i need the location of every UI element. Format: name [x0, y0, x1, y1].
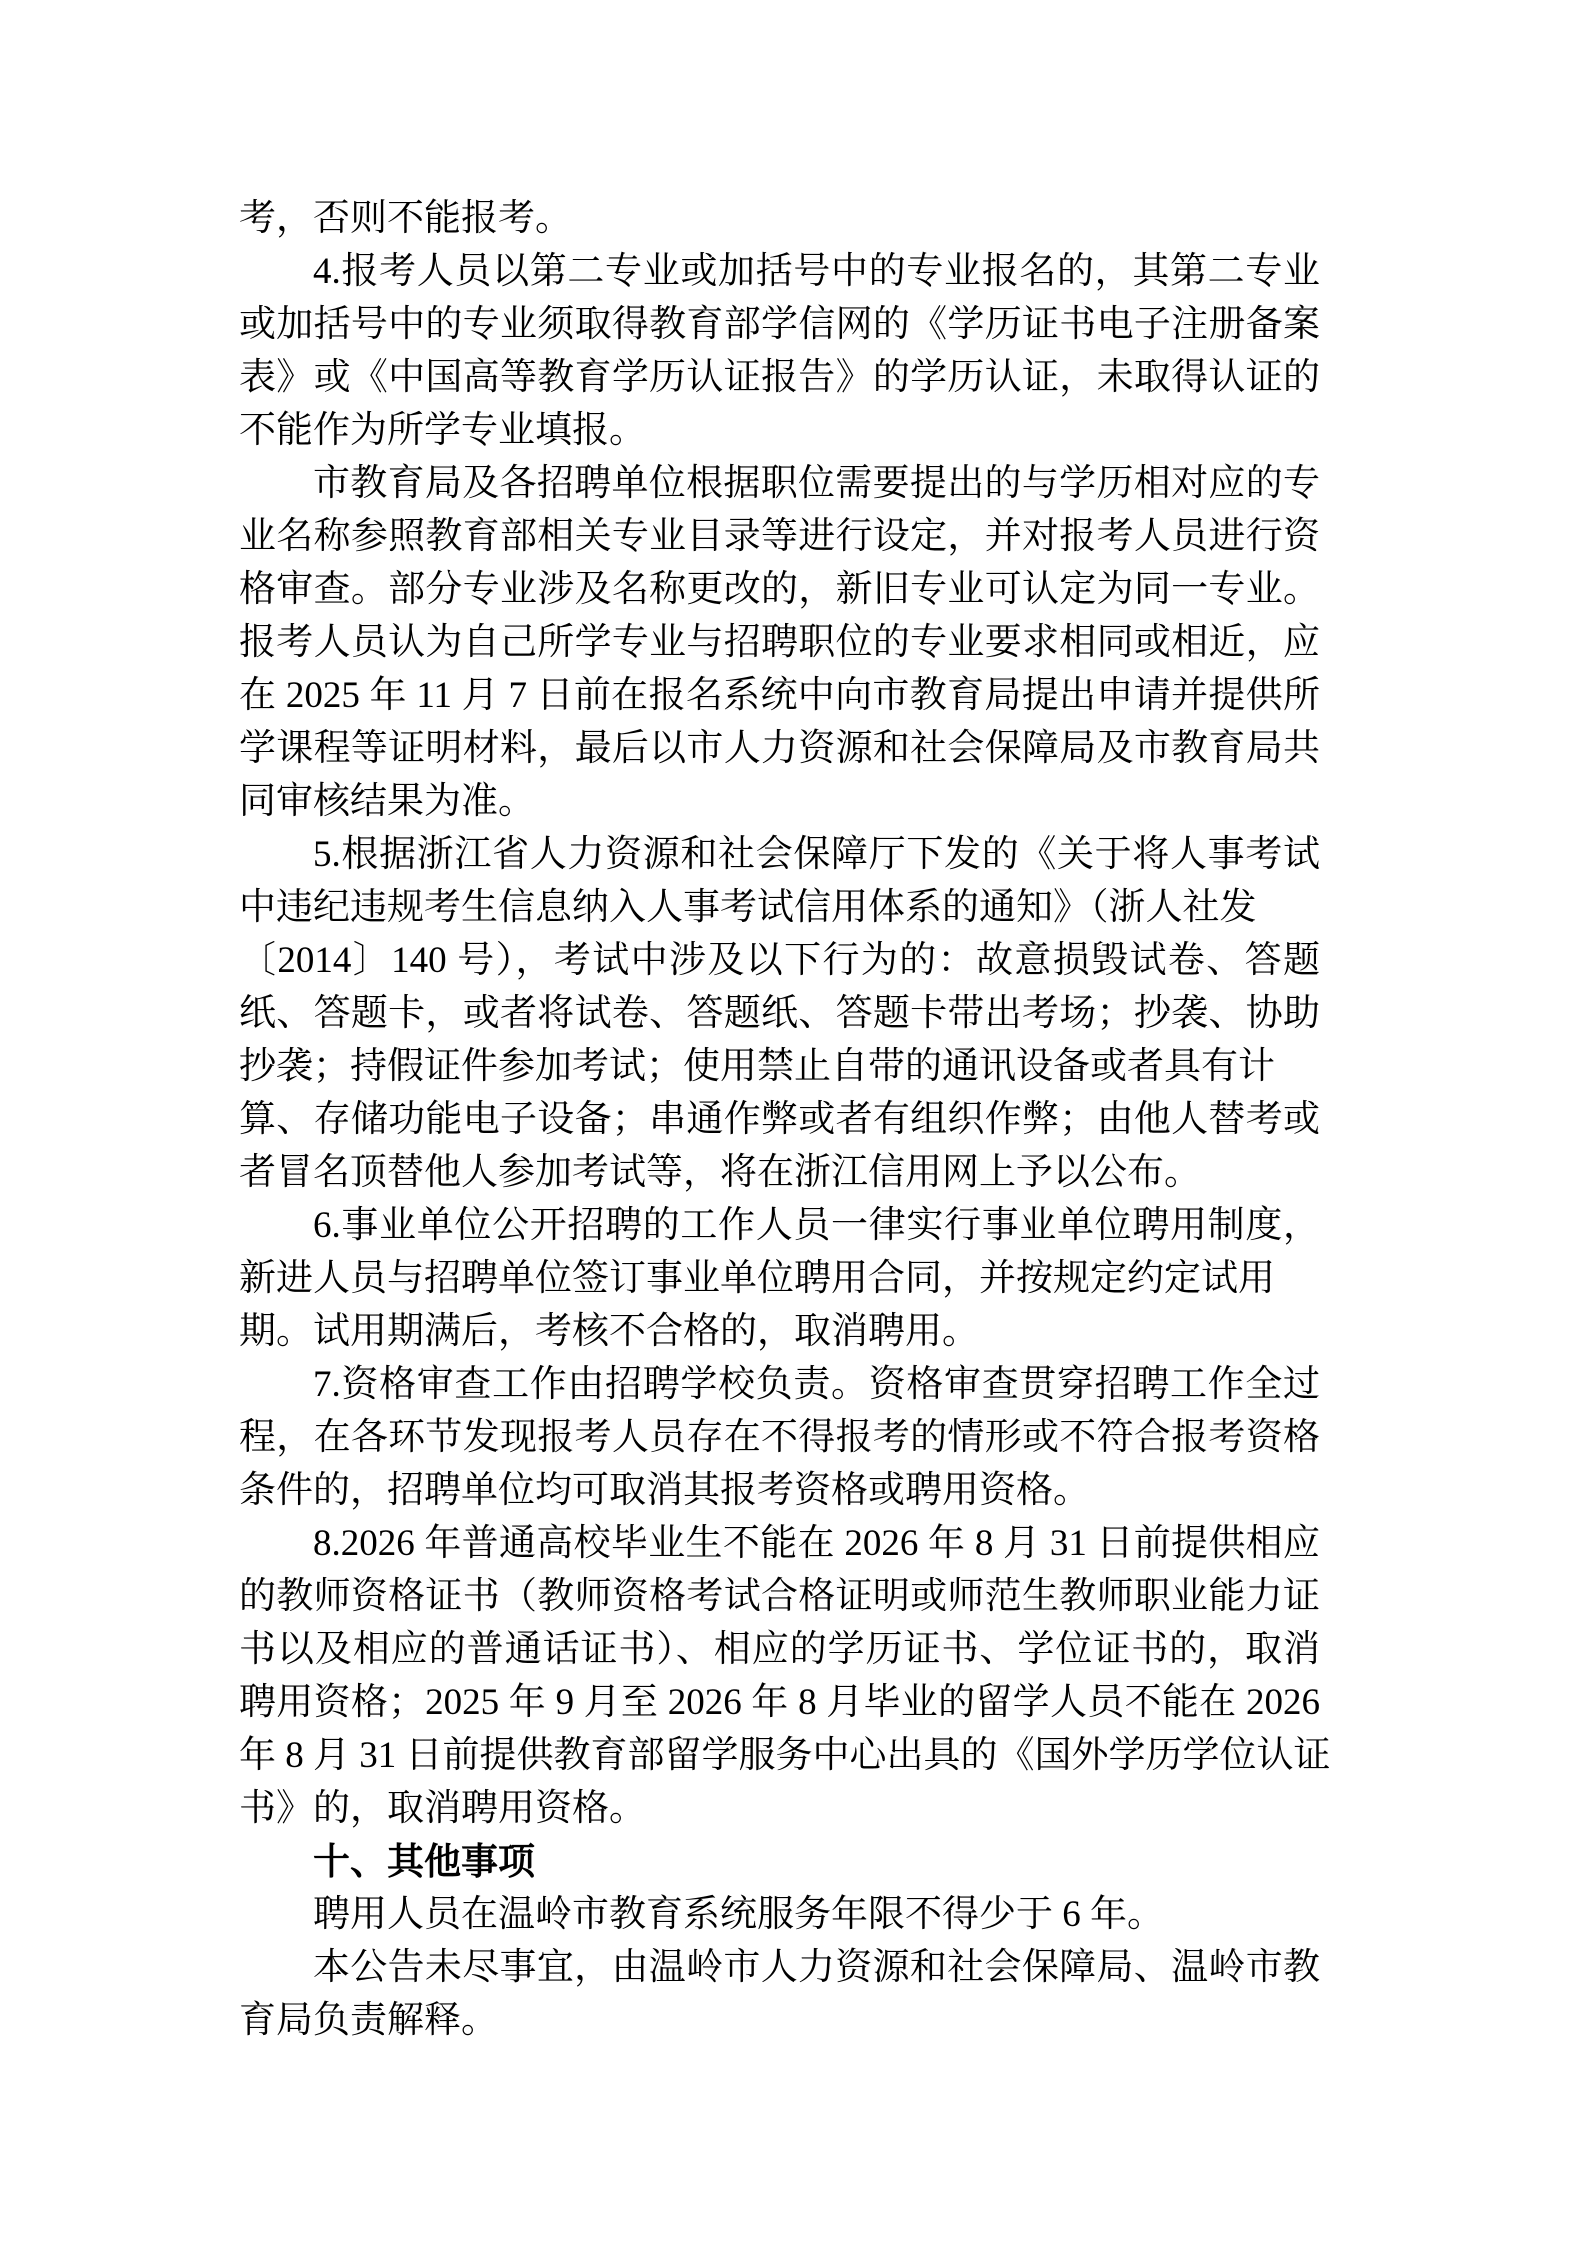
- text-line: 7.资格审查工作由招聘学校负责。资格审查贯穿招聘工作全过: [239, 1358, 1320, 1411]
- text-line: 考，否则不能报考。: [239, 192, 1320, 245]
- text-line: 6.事业单位公开招聘的工作人员一律实行事业单位聘用制度，: [239, 1199, 1320, 1252]
- text-line: 5.根据浙江省人力资源和社会保障厅下发的《关于将人事考试: [239, 828, 1320, 881]
- text-line: 4.报考人员以第二专业或加括号中的专业报名的，其第二专业: [239, 245, 1320, 298]
- text-line: 书以及相应的普通话证书）、相应的学历证书、学位证书的，取消: [239, 1623, 1320, 1676]
- text-line: 中违纪违规考生信息纳入人事考试信用体系的通知》（浙人社发: [239, 881, 1320, 934]
- text-line: 报考人员认为自己所学专业与招聘职位的专业要求相同或相近，应: [239, 616, 1320, 669]
- text-line: 新进人员与招聘单位签订事业单位聘用合同，并按规定约定试用: [239, 1252, 1320, 1305]
- text-line: 书》的，取消聘用资格。: [239, 1782, 1320, 1835]
- text-line: 〔2014〕140 号），考试中涉及以下行为的：故意损毁试卷、答题: [239, 934, 1320, 987]
- text-line: 期。试用期满后，考核不合格的，取消聘用。: [239, 1305, 1320, 1358]
- text-line: 在 2025 年 11 月 7 日前在报名系统中向市教育局提出申请并提供所: [239, 669, 1320, 722]
- text-line: 程，在各环节发现报考人员存在不得报考的情形或不符合报考资格: [239, 1411, 1320, 1464]
- text-line: 市教育局及各招聘单位根据职位需要提出的与学历相对应的专: [239, 457, 1320, 510]
- text-line: 业名称参照教育部相关专业目录等进行设定，并对报考人员进行资: [239, 510, 1320, 563]
- document-page: 考，否则不能报考。4.报考人员以第二专业或加括号中的专业报名的，其第二专业或加括…: [0, 0, 1587, 2245]
- text-line: 育局负责解释。: [239, 1994, 1320, 2047]
- text-line: 算、存储功能电子设备；串通作弊或者有组织作弊；由他人替考或: [239, 1093, 1320, 1146]
- text-line: 聘用人员在温岭市教育系统服务年限不得少于 6 年。: [239, 1888, 1320, 1941]
- text-line: 纸、答题卡，或者将试卷、答题纸、答题卡带出考场；抄袭、协助: [239, 987, 1320, 1040]
- text-line: 条件的，招聘单位均可取消其报考资格或聘用资格。: [239, 1464, 1320, 1517]
- document-body: 考，否则不能报考。4.报考人员以第二专业或加括号中的专业报名的，其第二专业或加括…: [239, 192, 1320, 2047]
- text-line: 8.2026 年普通高校毕业生不能在 2026 年 8 月 31 日前提供相应: [239, 1517, 1320, 1570]
- text-line: 或加括号中的专业须取得教育部学信网的《学历证书电子注册备案: [239, 298, 1320, 351]
- text-line: 同审核结果为准。: [239, 775, 1320, 828]
- text-line: 聘用资格；2025 年 9 月至 2026 年 8 月毕业的留学人员不能在 20…: [239, 1676, 1320, 1729]
- text-line: 抄袭；持假证件参加考试；使用禁止自带的通讯设备或者具有计: [239, 1040, 1320, 1093]
- section-heading: 十、其他事项: [239, 1835, 1320, 1888]
- text-line: 年 8 月 31 日前提供教育部留学服务中心出具的《国外学历学位认证: [239, 1729, 1320, 1782]
- text-line: 者冒名顶替他人参加考试等，将在浙江信用网上予以公布。: [239, 1146, 1320, 1199]
- text-line: 不能作为所学专业填报。: [239, 404, 1320, 457]
- text-line: 表》或《中国高等教育学历认证报告》的学历认证，未取得认证的: [239, 351, 1320, 404]
- text-line: 本公告未尽事宜，由温岭市人力资源和社会保障局、温岭市教: [239, 1941, 1320, 1994]
- text-line: 格审查。部分专业涉及名称更改的，新旧专业可认定为同一专业。: [239, 563, 1320, 616]
- text-line: 的教师资格证书（教师资格考试合格证明或师范生教师职业能力证: [239, 1570, 1320, 1623]
- text-line: 学课程等证明材料，最后以市人力资源和社会保障局及市教育局共: [239, 722, 1320, 775]
